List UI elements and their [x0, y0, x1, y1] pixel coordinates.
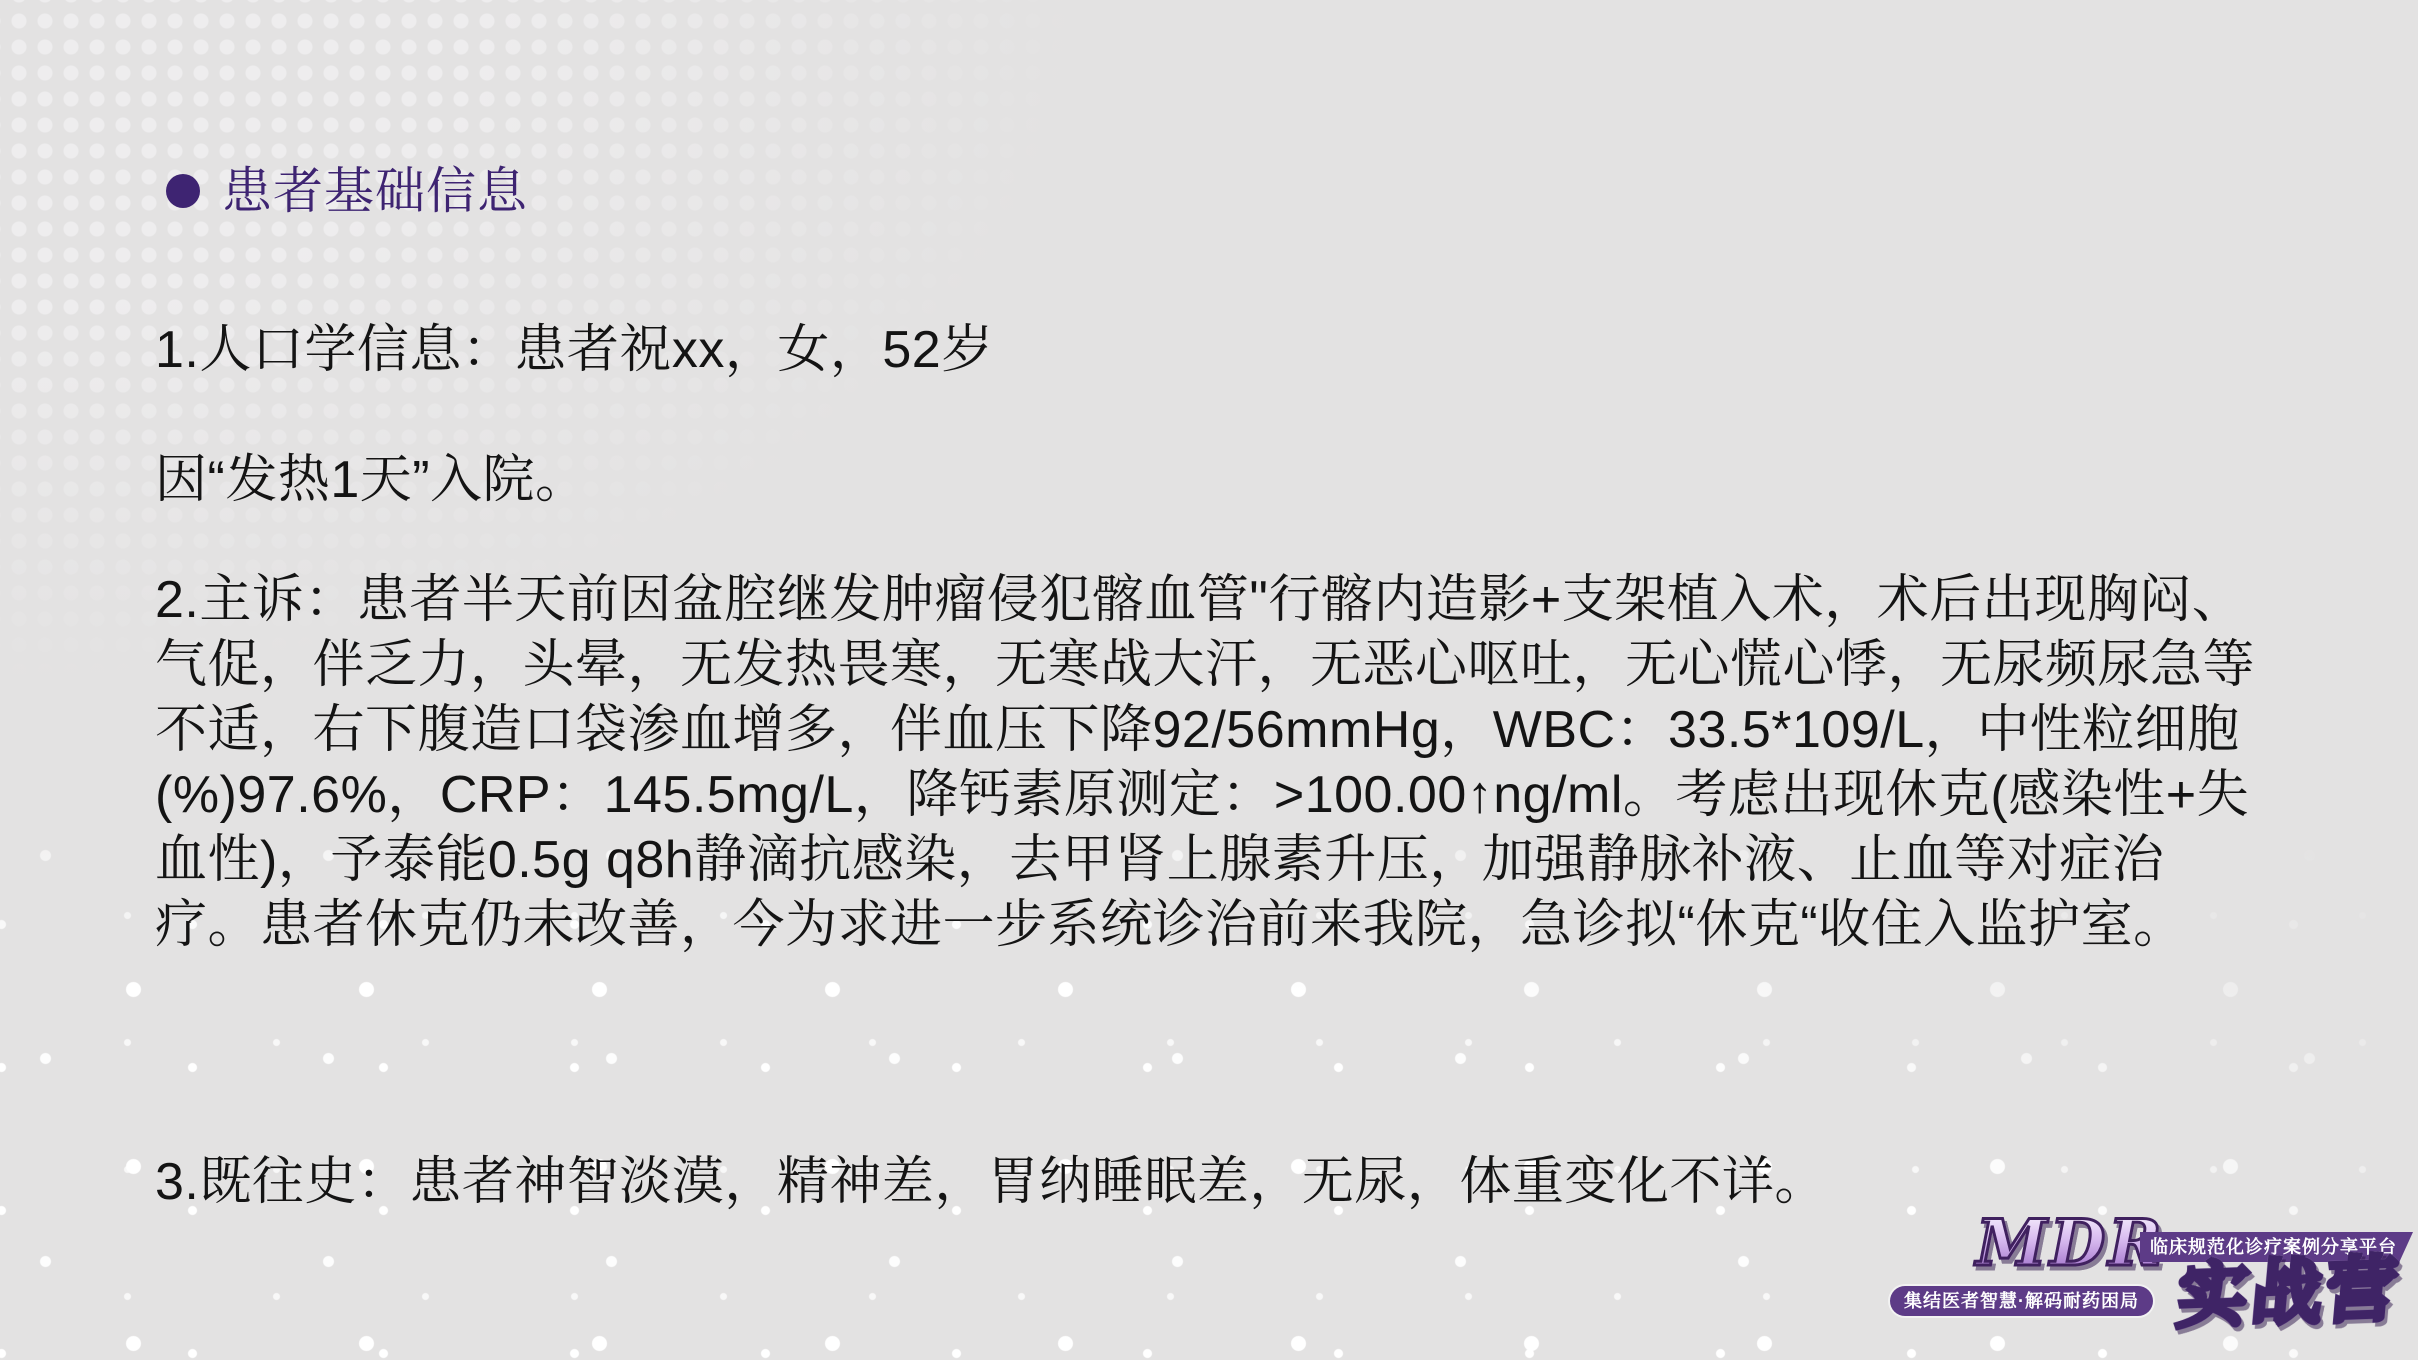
slide: 患者基础信息 1.人口学信息：患者祝xx，女，52岁 因“发热1天”入院。 2.… [0, 0, 2418, 1360]
page-title: 患者基础信息 [222, 162, 528, 220]
demographics-text: 1.人口学信息：患者祝xx，女，52岁 [155, 318, 2355, 383]
bullet-icon [166, 174, 200, 208]
slide-title-row: 患者基础信息 [166, 162, 528, 220]
admission-reason-text: 因“发热1天”入院。 [155, 448, 2355, 513]
mdr-logo-tagline-bottom: 集结医者智慧·解码耐药困局 [1890, 1286, 2153, 1316]
mdr-logo-wordmark: MDR [1976, 1212, 2165, 1276]
mdr-logo: MDR 临床规范化诊疗案例分享平台 集结医者智慧·解码耐药困局 实战营 [1876, 1212, 2416, 1360]
chief-complaint-text: 2.主诉：患者半天前因盆腔继发肿瘤侵犯髂血管"行髂内造影+支架植入术，术后出现胸… [155, 568, 2260, 958]
mdr-logo-suffix: 实战营 [2174, 1250, 2404, 1336]
